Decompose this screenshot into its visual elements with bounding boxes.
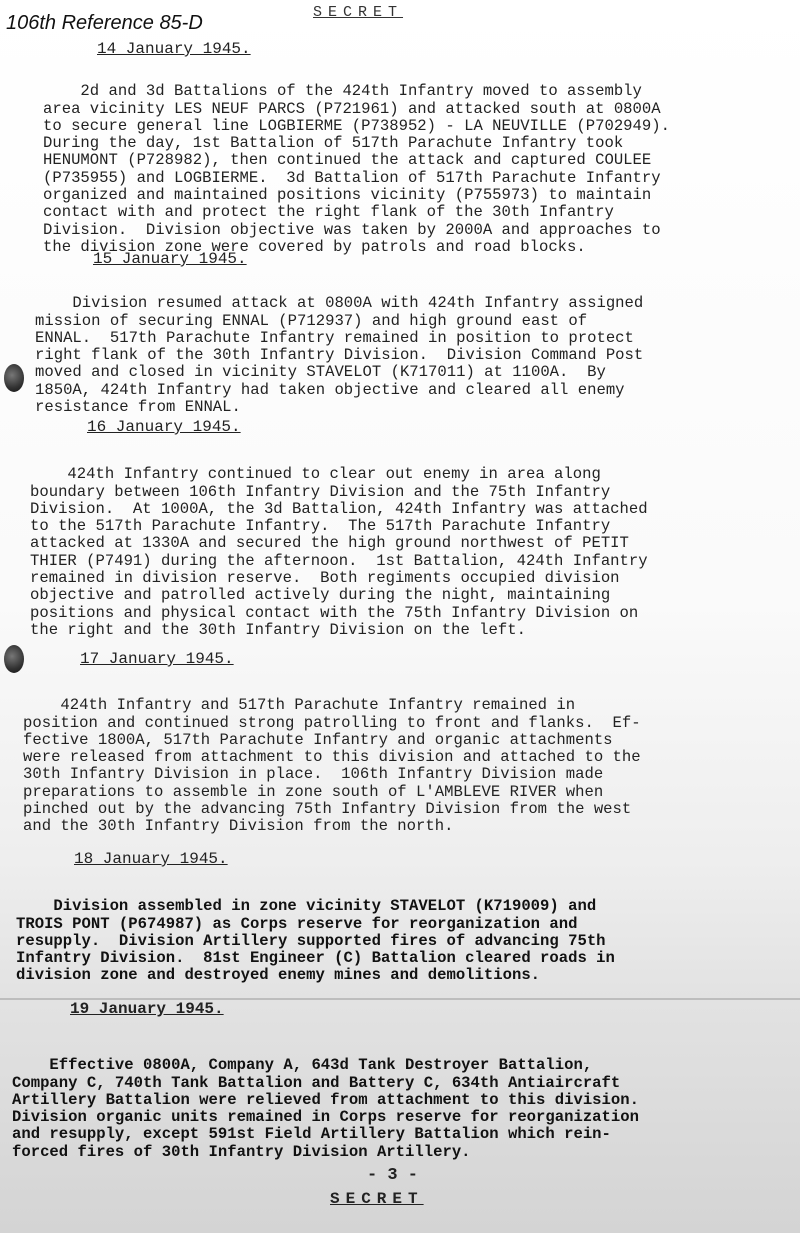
entry-date: 18 January 1945. bbox=[74, 850, 228, 868]
entry-date: 14 January 1945. bbox=[97, 40, 251, 58]
entry-date: 19 January 1945. bbox=[70, 1000, 224, 1018]
entry-paragraph: Division resumed attack at 0800A with 42… bbox=[35, 278, 643, 434]
page-number: - 3 - bbox=[367, 1166, 418, 1185]
punch-hole bbox=[4, 645, 24, 673]
reference-label: 106th Reference 85-D bbox=[6, 12, 203, 35]
entry-paragraph: 424th Infantry continued to clear out en… bbox=[30, 449, 648, 657]
entry-date: 15 January 1945. bbox=[93, 250, 247, 268]
punch-hole bbox=[4, 364, 24, 392]
entry-paragraph: 424th Infantry and 517th Parachute Infan… bbox=[23, 680, 641, 853]
classification-header: SECRET bbox=[313, 4, 403, 21]
entry-date: 17 January 1945. bbox=[80, 650, 234, 668]
entry-paragraph: Effective 0800A, Company A, 643d Tank De… bbox=[12, 1040, 639, 1178]
classification-footer: SECRET bbox=[330, 1190, 424, 1208]
entry-paragraph: 2d and 3d Battalions of the 424th Infant… bbox=[43, 66, 670, 274]
entry-date: 16 January 1945. bbox=[87, 418, 241, 436]
entry-paragraph: Division assembled in zone vicinity STAV… bbox=[16, 881, 615, 1002]
